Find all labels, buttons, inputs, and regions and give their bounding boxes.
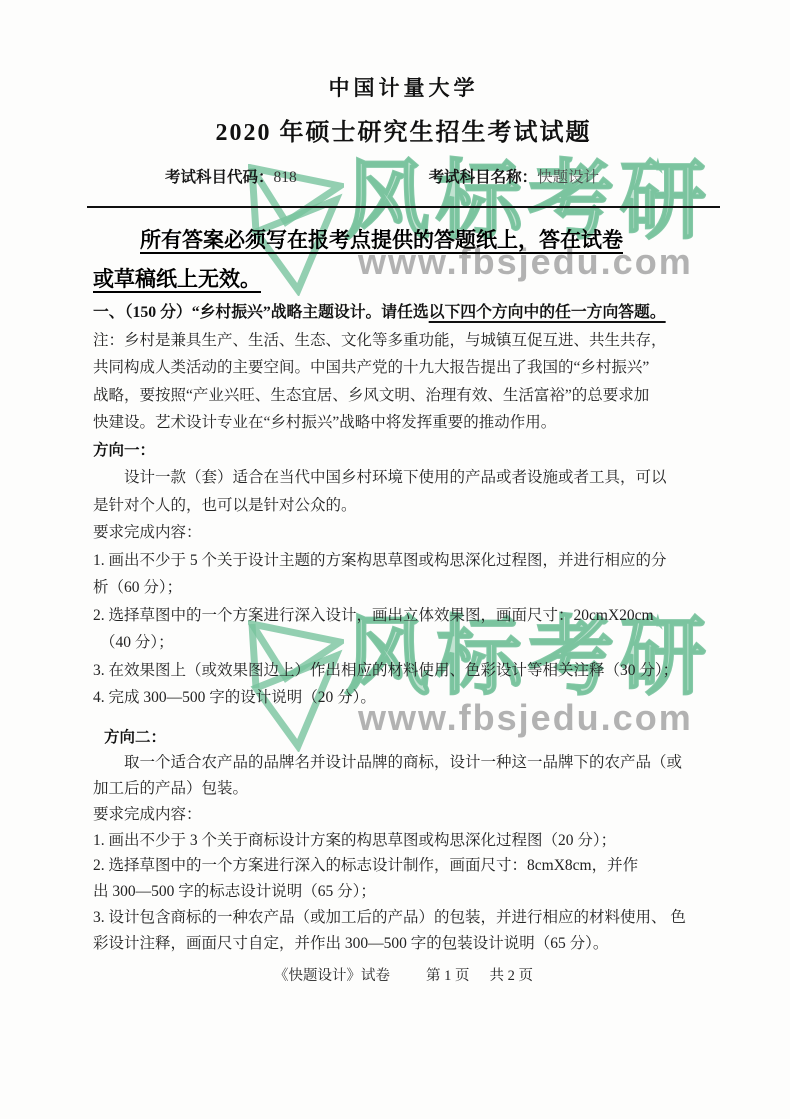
subject-code-value: 818 [274,169,297,186]
direction1-item-line: 析（60 分）； [93,574,714,602]
direction1-heading: 方向一： [93,437,714,465]
subject-meta-row: 考试科目代码：818 考试科目名称：快题设计 [93,167,714,188]
university-name: 中国计量大学 [93,76,714,101]
subject-name: 考试科目名称：快题设计 [429,169,600,186]
direction2-item-line: 2. 选择草图中的一个方案进行深入的标志设计制作，画面尺寸：8cmX8cm，并作 [93,853,714,879]
direction1-item-line: 1. 画出不少于 5 个关于设计主题的方案构思草图或构思深化过程图，并进行相应的… [93,547,714,575]
note-line: 注：乡村是兼具生产、生活、生态、文化等多重功能，与城镇互促互进、共生共存， [93,327,714,355]
direction1-paragraph-line: 是针对个人的，也可以是针对公众的。 [93,492,714,520]
direction1-paragraph-line: 设计一款（套）适合在当代中国乡村环境下使用的产品或者设施或者工具，可以 [93,464,714,492]
header-rule [87,206,720,208]
exam-paper-page: 风标考研 www.fbsjedu.com 风标考研 www.fbsjedu.co… [0,0,790,1119]
direction2-item-line: 彩设计注释，画面尺寸自定，并作出 300—500 字的包装设计说明（65 分）。 [93,931,714,957]
footer-paper-name: 《快题设计》试卷 [274,968,390,984]
page-footer: 《快题设计》试卷第 1 页共 2 页 [93,964,714,985]
direction2-item-line: 1. 画出不少于 3 个关于商标设计方案的构思草图或构思深化过程图（20 分）； [93,828,714,854]
notice-line-1: 所有答案必须写在报考点提供的答题纸上，答在试卷 [93,221,714,260]
answer-notice: 所有答案必须写在报考点提供的答题纸上，答在试卷 或草稿纸上无效。 [93,221,714,299]
direction1-requirements-label: 要求完成内容： [93,519,714,547]
page-content: 中国计量大学 2020 年硕士研究生招生考试试题 考试科目代码：818 考试科目… [0,0,790,985]
direction1-item-line: 2. 选择草图中的一个方案进行深入设计，画出立体效果图，画面尺寸：20cmX20… [93,602,714,630]
subject-name-value: 快题设计 [537,169,599,186]
subject-code: 考试科目代码：818 [165,169,297,186]
exam-title: 2020 年硕士研究生招生考试试题 [93,119,714,147]
question-body-upper: 一、（150 分）“乡村振兴”战略主题设计。请任选以下四个方向中的任一方向答题。… [93,299,714,712]
note-line: 共同构成人类活动的主要空间。中国共产党的十九大报告提出了我国的“乡村振兴” [93,354,714,382]
footer-page-total: 共 2 页 [490,968,534,984]
note-line: 战略，要按照“产业兴旺、生态宜居、乡风文明、治理有效、生活富裕”的总要求加 [93,382,714,410]
direction2-heading: 方向二： [93,725,714,751]
question-heading: 一、（150 分）“乡村振兴”战略主题设计。请任选以下四个方向中的任一方向答题。 [93,299,714,327]
footer-page-number: 第 1 页 [426,968,470,984]
direction1-item-line: 3. 在效果图上（或效果图边上）作出相应的材料使用、色彩设计等相关注释（30 分… [93,657,714,685]
direction1-item-line: （40 分）； [93,629,714,657]
notice-line-2: 或草稿纸上无效。 [93,260,714,299]
direction2-item-line: 出 300—500 字的标志设计说明（65 分）； [93,879,714,905]
direction1-item-line: 4. 完成 300—500 字的设计说明（20 分）。 [93,684,714,712]
direction2-paragraph-line: 加工后的产品）包装。 [93,776,714,802]
subject-name-label: 考试科目名称： [429,169,538,186]
note-line: 快建设。艺术设计专业在“乡村振兴”战略中将发挥重要的推动作用。 [93,409,714,437]
direction2-requirements-label: 要求完成内容： [93,802,714,828]
question-body-lower: 方向二： 取一个适合农产品的品牌名并设计品牌的商标，设计一种这一品牌下的农产品（… [93,725,714,957]
direction2-item-line: 3. 设计包含商标的一种农产品（或加工后的产品）的包装，并进行相应的材料使用、 … [93,905,714,931]
direction2-paragraph-line: 取一个适合农产品的品牌名并设计品牌的商标，设计一种这一品牌下的农产品（或 [93,750,714,776]
subject-code-label: 考试科目代码： [165,169,274,186]
